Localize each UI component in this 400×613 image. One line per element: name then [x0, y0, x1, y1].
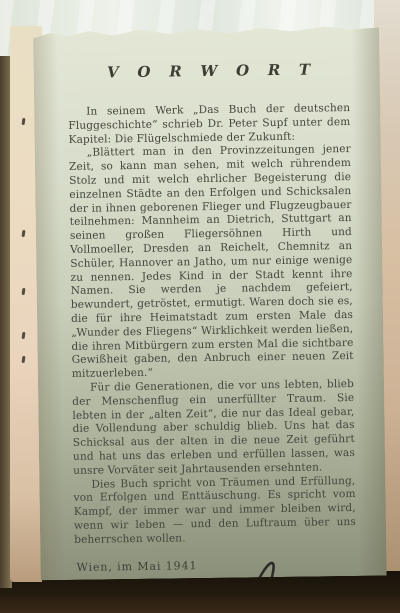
- binding-stitch: [22, 332, 26, 339]
- paragraph-quote: „Blättert man in den Provinzzeitungen je…: [69, 143, 354, 381]
- paragraph-closing: Dies Buch spricht von Träumen und Erfüll…: [73, 474, 356, 547]
- binding-stitch: [22, 230, 26, 237]
- binding-stitch: [22, 356, 26, 363]
- page-content: V O R W O R T In seinem Werk „Das Buch d…: [33, 24, 387, 613]
- binding-stitch: [22, 288, 26, 295]
- dateline: Wien, im Mai 1941: [74, 559, 197, 574]
- page-title: V O R W O R T: [68, 60, 350, 82]
- paragraph-intro: In seinem Werk „Das Buch der deutschen F…: [68, 102, 351, 147]
- book-page: V O R W O R T In seinem Werk „Das Buch d…: [33, 24, 387, 581]
- book-photo: V O R W O R T In seinem Werk „Das Buch d…: [0, 0, 400, 613]
- paragraph-generations: Für die Generationen, die vor uns lebten…: [72, 378, 355, 479]
- binding-stitch: [22, 118, 26, 125]
